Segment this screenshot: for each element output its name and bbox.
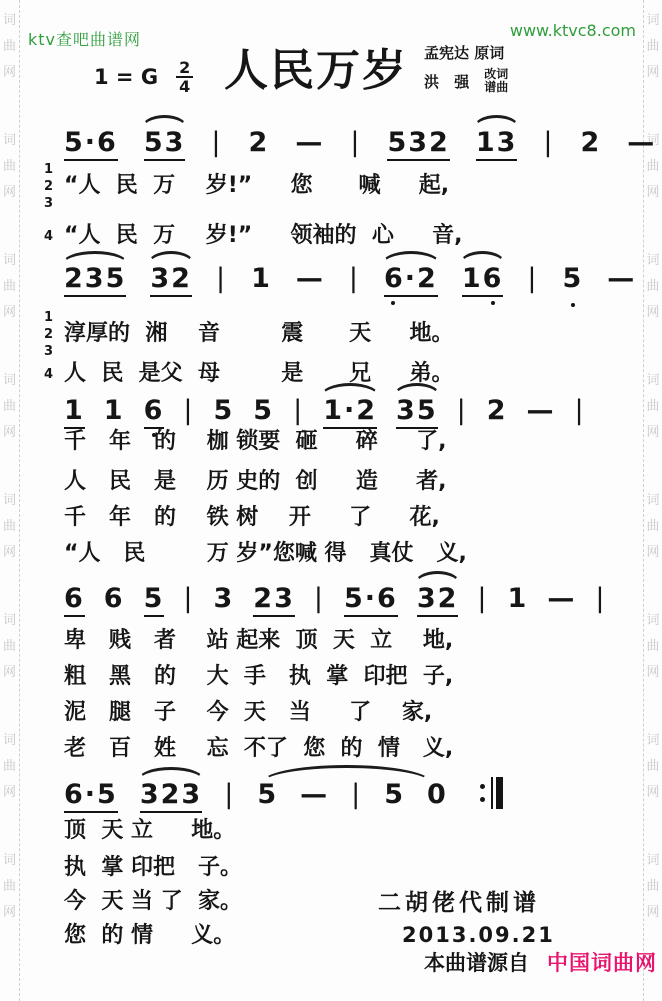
lyric-text: 淳厚的 湘 音 震 天 地。 [64,321,453,347]
music-line-5: 6·5323|5—|50 [44,761,503,813]
lyric-text: 千 年 的 铁 树 开 了 花, [64,505,440,531]
lyric-text: 顶 天 立 地。 [64,818,235,844]
lyric-row-3: 123 淳厚的 湘 音 震 天 地。 [44,309,453,360]
lyric-row-11: 泥 腿 子 今 天 当 了 家, [44,700,432,726]
lyric-row-9: 卑 贱 者 站 起来 顶 天 立 地, [44,628,453,654]
transcriber-credit: 二胡佬代制谱 [378,884,540,917]
music-line-4: 665|323|5·632|1—| [44,569,606,617]
lyric-row-14: 执 掌 印把 子。 [44,855,242,881]
lyric-text: “人 民 万 岁!” 领袖的 心 音, [64,223,463,249]
verse-numbers: 4 [44,228,64,245]
site-link-right[interactable]: www.ktvc8.com [510,21,636,40]
music-line-1: 5·653|2—|53213|2—| [44,113,662,161]
lyric-text: 今 天 当 了 家。 [64,889,242,915]
lyric-text: “人 民 万 岁”您喊 得 真仗 义, [64,541,467,567]
lyric-text: 千 年 的 枷 锁要 砸 碎 了, [64,429,447,455]
left-watermark-column: 词曲网词曲网词曲网词曲网词曲网词曲网词曲网词曲网 [0,0,20,1001]
lyric-text: 卑 贱 者 站 起来 顶 天 立 地, [64,628,453,654]
music-line-2: 23532|1—|6·216|5—| [44,249,662,297]
verse-numbers: 123 [44,309,64,360]
song-title: 人民万岁 [224,34,408,98]
sheet-music-page: 词曲网词曲网词曲网词曲网词曲网词曲网词曲网词曲网 词曲网词曲网词曲网词曲网词曲网… [0,0,662,1001]
source-prefix: 本曲谱源自 [424,947,529,977]
source-site-name[interactable]: 中国词曲网 [547,947,657,977]
transcription-date: 2013.09.21 [402,923,555,947]
time-signature: 2 4 [176,60,193,94]
site-link-left[interactable]: ktv查吧曲谱网 [28,27,141,50]
lyricist-credit: 孟宪达 原词 [424,42,508,63]
lyric-row-15: 今 天 当 了 家。 [44,889,242,915]
lyric-text: “人 民 万 岁!” 您 喊 起, [64,173,449,199]
score: 5·653|2—|53213|2—| 123 “人 民 万 岁!” 您 喊 起,… [44,113,620,973]
lyric-text: 泥 腿 子 今 天 当 了 家, [64,700,432,726]
key-label: 1 = G [94,65,158,89]
lyric-row-8: “人 民 万 岁”您喊 得 真仗 义, [44,541,467,567]
music-line-3: 116|55|1·235|2—| [44,381,586,429]
lyric-row-5: 千 年 的 枷 锁要 砸 碎 了, [44,429,447,455]
lyric-row-7: 千 年 的 铁 树 开 了 花, [44,505,440,531]
lyric-text: 老 百 姓 忘 不了 您 的 情 义, [64,736,453,762]
lyric-row-10: 粗 黑 的 大 手 执 掌 印把 子, [44,664,453,690]
arranger-credit: 洪 强 改词 谱曲 [424,68,508,94]
verse-numbers: 123 [44,161,64,212]
lyric-text: 粗 黑 的 大 手 执 掌 印把 子, [64,664,453,690]
lyric-row-13: 顶 天 立 地。 [44,818,235,844]
lyric-row-16: 您 的 情 义。 [44,923,235,949]
key-signature: 1 = G 2 4 [94,60,193,94]
source-line: 本曲谱源自 中国词曲网 [424,947,657,977]
lyric-row-1: 123 “人 民 万 岁!” 您 喊 起, [44,161,449,212]
lyric-text: 您 的 情 义。 [64,923,235,949]
credits: 孟宪达 原词 洪 强 改词 谱曲 [424,42,508,94]
lyric-row-12: 老 百 姓 忘 不了 您 的 情 义, [44,736,453,762]
lyric-text: 人 民 是 历 史的 创 造 者, [64,469,447,495]
lyric-row-6: 人 民 是 历 史的 创 造 者, [44,469,447,495]
lyric-text: 执 掌 印把 子。 [64,855,242,881]
lyric-row-2: 4 “人 民 万 岁!” 领袖的 心 音, [44,223,463,249]
end-repeat-sign [480,777,503,813]
